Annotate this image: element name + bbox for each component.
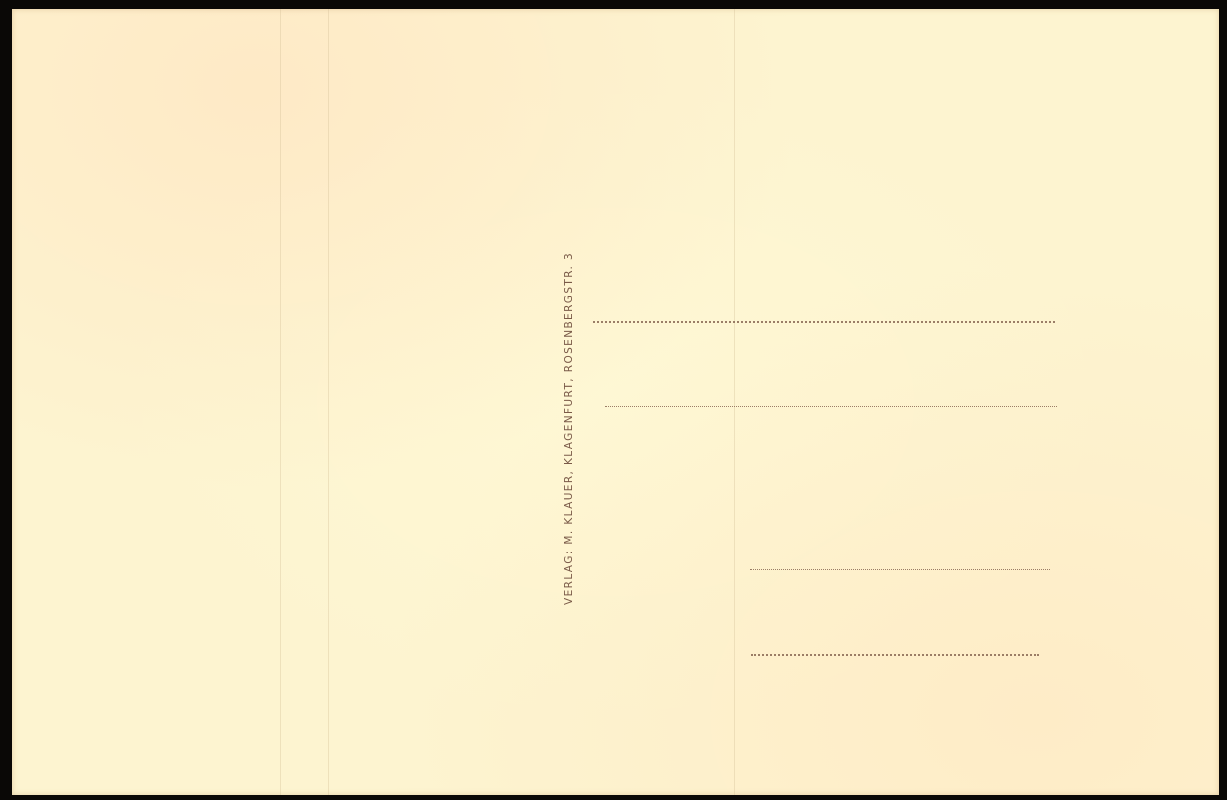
address-line-1: [593, 321, 1055, 323]
fold-line: [328, 9, 329, 795]
postcard-back: [12, 9, 1219, 795]
fold-line: [734, 9, 735, 795]
address-line-2: [605, 406, 1057, 407]
address-line-3: [750, 569, 1050, 570]
address-line-4: [751, 654, 1039, 656]
publisher-imprint: VERLAG: M. KLAUER, KLAGENFURT, ROSENBERG…: [563, 175, 575, 605]
fold-line: [280, 9, 281, 795]
